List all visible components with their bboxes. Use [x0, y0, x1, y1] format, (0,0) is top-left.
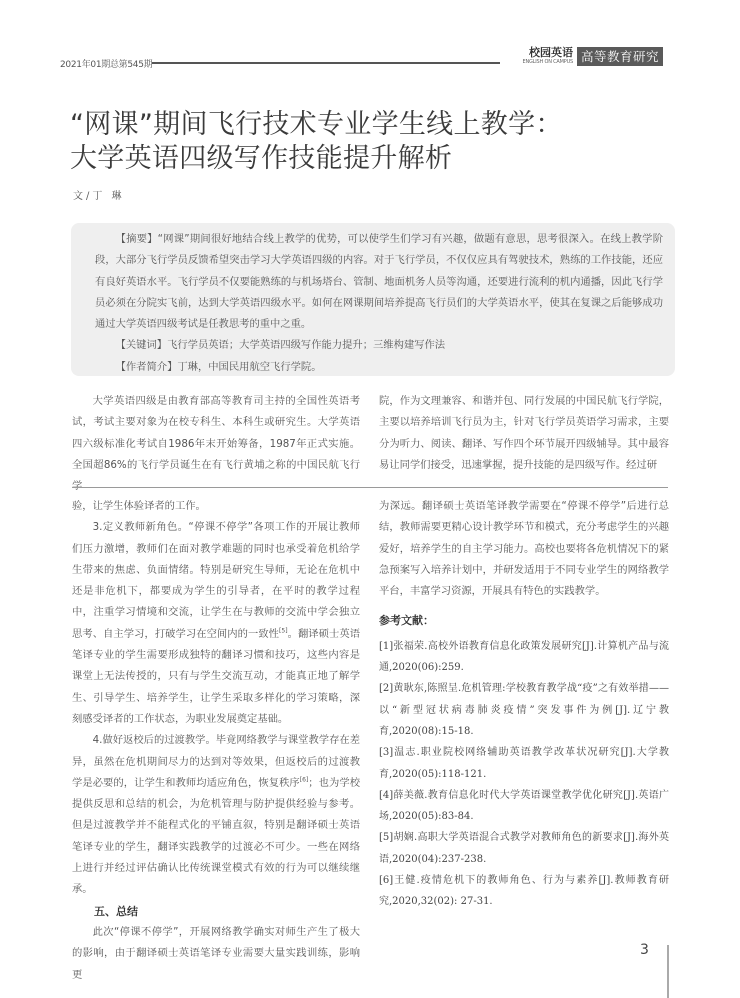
reference-item: [1]张福荣.高校外语教育信息化政策发展研究[J].计算机产品与流通,2020(… [379, 636, 669, 679]
intro-left-text: 大学英语四级是由教育部高等教育司主持的全国性英语考试，考试主要对象为在校专科生、… [72, 391, 360, 497]
journal-brand: 校园英语 ENGLISH ON CAMPUS [505, 46, 573, 66]
intro-right-text: 院，作为文理兼容、和谐并包、同行发展的中国民航飞行学院，主要以培养培训飞行员为主… [379, 391, 669, 476]
reference-item: [4]薛美薇.教育信息化时代大学英语课堂教学优化研究[J].英语广场,2020(… [379, 785, 669, 828]
brand-cn: 校园英语 [505, 46, 573, 59]
body-right-p0: 为深远。翻译硕士英语笔译教学需要在“停课不停学”后进行总结，教师需要更精心设计教… [379, 496, 669, 602]
article-title: “网课”期间飞行技术专业学生线上教学： 大学英语四级写作技能提升解析 [70, 108, 563, 176]
abstract-summary: 【摘要】“网课”期间很好地结合线上教学的优势，可以使学生们学习有兴趣，做题有意思… [95, 229, 663, 335]
references-title: 参考文献： [379, 610, 669, 631]
intro-right-column: 院，作为文理兼容、和谐并包、同行发展的中国民航飞行学院，主要以培养培训飞行员为主… [379, 391, 669, 476]
section-badge: 高等教育研究 [577, 47, 663, 66]
title-line-1: “网课”期间飞行技术专业学生线上教学： [70, 108, 563, 142]
body-left-p0: 验，让学生体验译者的工作。 [72, 496, 360, 517]
abstract-author: 【作者简介】丁琳，中国民用航空飞行学院。 [95, 357, 663, 378]
body-right-column: 为深远。翻译硕士英语笔译教学需要在“停课不停学”后进行总结，教师需要更精心设计教… [379, 496, 669, 913]
abstract-box: 【摘要】“网课”期间很好地结合线上教学的优势，可以使学生们学习有兴趣，做题有意思… [71, 223, 675, 376]
p2-text-b: ；也为学校提供反思和总结的机会，为危机管理与防护提供经验与参考。但是过渡教学并不… [72, 777, 360, 895]
body-left-column: 验，让学生体验译者的工作。 3.定义教师新角色。“停课不停学”各项工作的开展让教… [72, 496, 360, 986]
p1-text-b: 。翻译硕士英语笔译专业的学生需要形成独特的翻译习惯和技巧，这些内容是课堂上无法传… [72, 628, 360, 725]
body-left-p3: 此次“停课不停学”，开展网络教学确实对师生产生了极大的影响，由于翻译硕士英语笔译… [72, 922, 360, 986]
citation-5: [5] [279, 627, 288, 634]
section-divider [72, 487, 668, 488]
page-edge-rule [667, 945, 669, 998]
brand-en: ENGLISH ON CAMPUS [505, 59, 573, 66]
intro-left-column: 大学英语四级是由教育部高等教育司主持的全国性英语考试，考试主要对象为在校专科生、… [72, 391, 360, 497]
abstract-keywords: 【关键词】飞行学员英语；大学英语四级写作能力提升；三维构建写作法 [95, 335, 663, 356]
title-line-2: 大学英语四级写作技能提升解析 [70, 142, 563, 176]
issue-label: 2021年01期总第545期 [60, 57, 152, 70]
reference-item: [5]胡娴.高职大学英语混合式教学对教师角色的新要求[J].海外英语,2020(… [379, 827, 669, 870]
reference-item: [2]黄耿东,陈照呈.危机管理:学校教育教学战“疫”之有效举措——以“新型冠状病… [379, 678, 669, 742]
reference-item: [3]温志.职业院校网络辅助英语教学改革状况研究[J].大学教育,2020(05… [379, 742, 669, 785]
reference-item: [6]王健.疫情危机下的教师角色、行为与素养[J].教师教育研究,2020,32… [379, 870, 669, 913]
p1-text-a: 3.定义教师新角色。“停课不停学”各项工作的开展让教师们压力激增，教师们在面对教… [72, 521, 360, 639]
page-number: 3 [640, 942, 649, 958]
section-5-heading: 五、总结 [72, 901, 360, 922]
body-left-p2: 4.做好返校后的过渡教学。毕竟网络教学与课堂教学存在差异，虽然在危机期间尽力的达… [72, 730, 360, 900]
byline: 文/丁 琳 [73, 187, 125, 202]
header-rule [152, 62, 500, 64]
body-left-p1: 3.定义教师新角色。“停课不停学”各项工作的开展让教师们压力激增，教师们在面对教… [72, 517, 360, 730]
